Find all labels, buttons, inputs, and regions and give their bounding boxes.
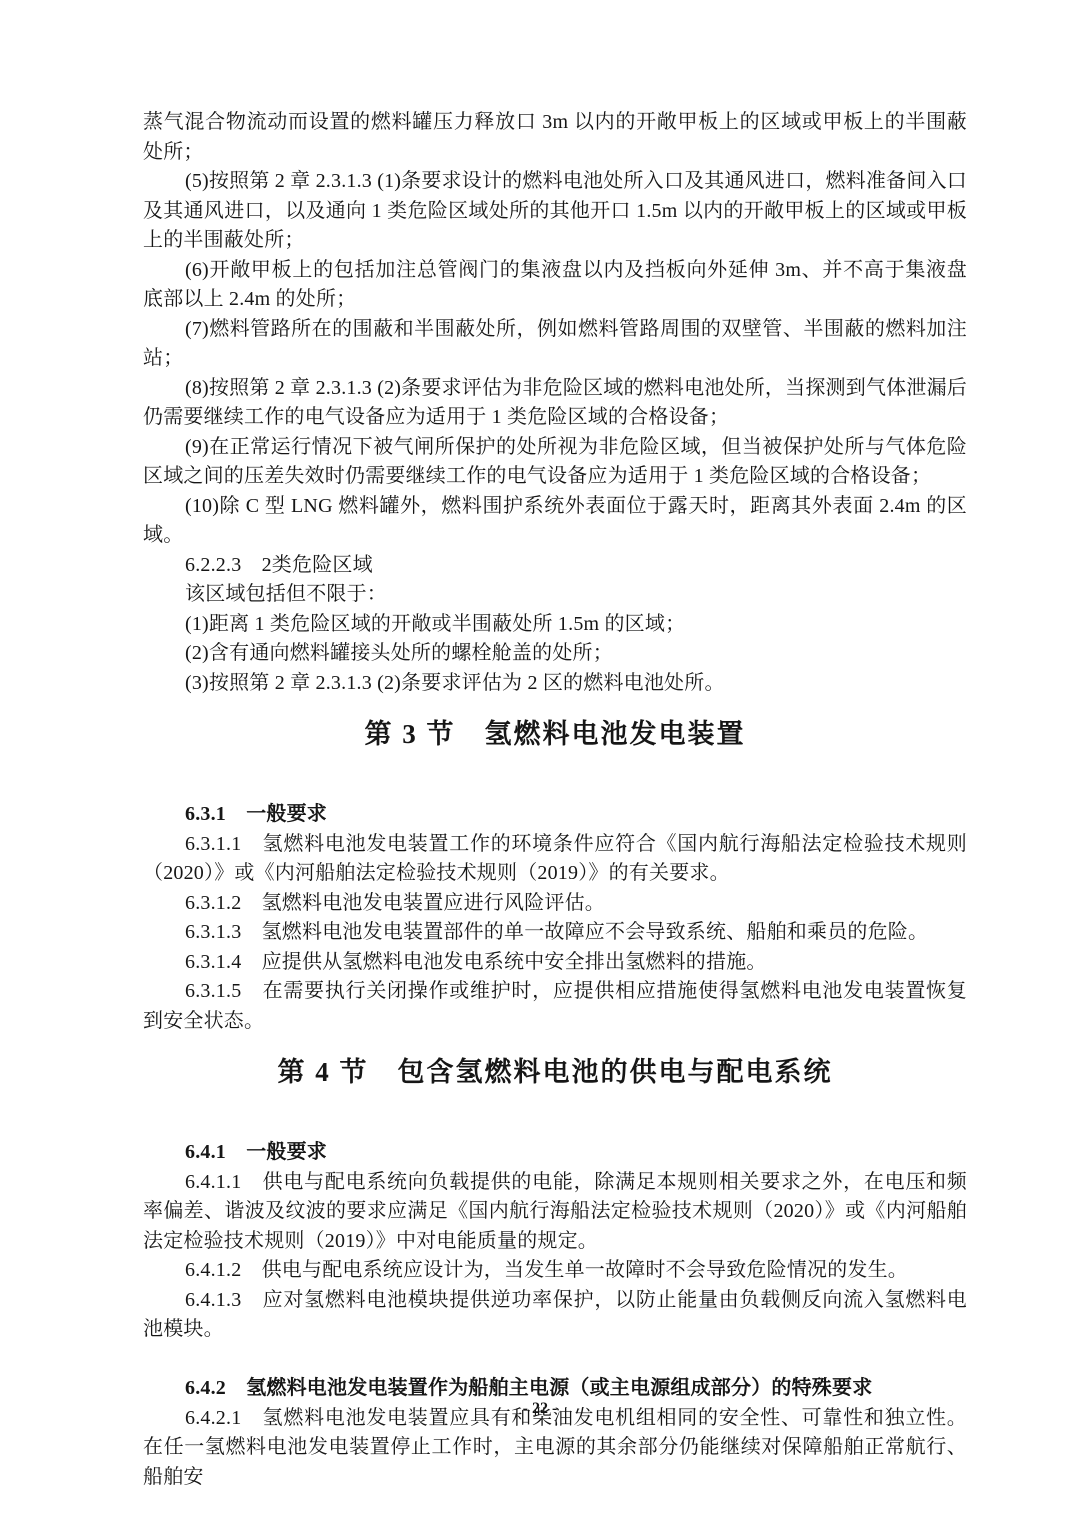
paragraph-zone2-intro: 该区域包括但不限于： (143, 580, 967, 610)
clause-6-2-2-3: 6.2.2.3 2类危险区域 (143, 551, 967, 581)
document-content: 蒸气混合物流动而设置的燃料罐压力释放口 3m 以内的开敞甲板上的区域或甲板上的半… (143, 108, 967, 1492)
clause-6-3-1-3: 6.3.1.3 氢燃料电池发电装置部件的单一故障应不会导致系统、船舶和乘员的危险… (143, 918, 967, 948)
clause-6-4-1-3: 6.4.1.3 应对氢燃料电池模块提供逆功率保护，以防止能量由负载侧反向流入氢燃… (143, 1286, 967, 1345)
paragraph-item-7: (7)燃料管路所在的围蔽和半围蔽处所，例如燃料管路周围的双壁管、半围蔽的燃料加注… (143, 315, 967, 374)
clause-6-3-1-2: 6.3.1.2 氢燃料电池发电装置应进行风险评估。 (143, 889, 967, 919)
paragraph-continuation: 蒸气混合物流动而设置的燃料罐压力释放口 3m 以内的开敞甲板上的区域或甲板上的半… (143, 108, 967, 167)
document-page: 蒸气混合物流动而设置的燃料罐压力释放口 3m 以内的开敞甲板上的区域或甲板上的半… (0, 0, 1080, 1528)
paragraph-item-5: (5)按照第 2 章 2.3.1.3 (1)条要求设计的燃料电池处所入口及其通风… (143, 167, 967, 256)
paragraph-item-10: (10)除 C 型 LNG 燃料罐外，燃料围护系统外表面位于露天时，距离其外表面… (143, 492, 967, 551)
section-3-title: 第 3 节 氢燃料电池发电装置 (143, 714, 967, 754)
paragraph-zone2-item-2: (2)含有通向燃料罐接头处所的螺栓舱盖的处所； (143, 639, 967, 669)
clause-6-4-1-2: 6.4.1.2 供电与配电系统应设计为，当发生单一故障时不会导致危险情况的发生。 (143, 1256, 967, 1286)
page-number: - 22 - (0, 1398, 1080, 1420)
paragraph-item-6: (6)开敞甲板上的包括加注总管阀门的集液盘以内及挡板向外延伸 3m、并不高于集液… (143, 256, 967, 315)
clause-6-4-1-1: 6.4.1.1 供电与配电系统向负载提供的电能，除满足本规则相关要求之外，在电压… (143, 1168, 967, 1257)
paragraph-zone2-item-1: (1)距离 1 类危险区域的开敞或半围蔽处所 1.5m 的区域； (143, 610, 967, 640)
heading-6-4-1: 6.4.1 一般要求 (143, 1138, 967, 1168)
clause-6-3-1-5: 6.3.1.5 在需要执行关闭操作或维护时，应提供相应措施使得氢燃料电池发电装置… (143, 977, 967, 1036)
paragraph-item-9: (9)在正常运行情况下被气闸所保护的处所视为非危险区域，但当被保护处所与气体危险… (143, 433, 967, 492)
heading-6-3-1: 6.3.1 一般要求 (143, 800, 967, 830)
paragraph-zone2-item-3: (3)按照第 2 章 2.3.1.3 (2)条要求评估为 2 区的燃料电池处所。 (143, 669, 967, 699)
clause-6-3-1-1: 6.3.1.1 氢燃料电池发电装置工作的环境条件应符合《国内航行海船法定检验技术… (143, 830, 967, 889)
section-4-title: 第 4 节 包含氢燃料电池的供电与配电系统 (143, 1052, 967, 1092)
paragraph-item-8: (8)按照第 2 章 2.3.1.3 (2)条要求评估为非危险区域的燃料电池处所… (143, 374, 967, 433)
clause-6-3-1-4: 6.3.1.4 应提供从氢燃料电池发电系统中安全排出氢燃料的措施。 (143, 948, 967, 978)
